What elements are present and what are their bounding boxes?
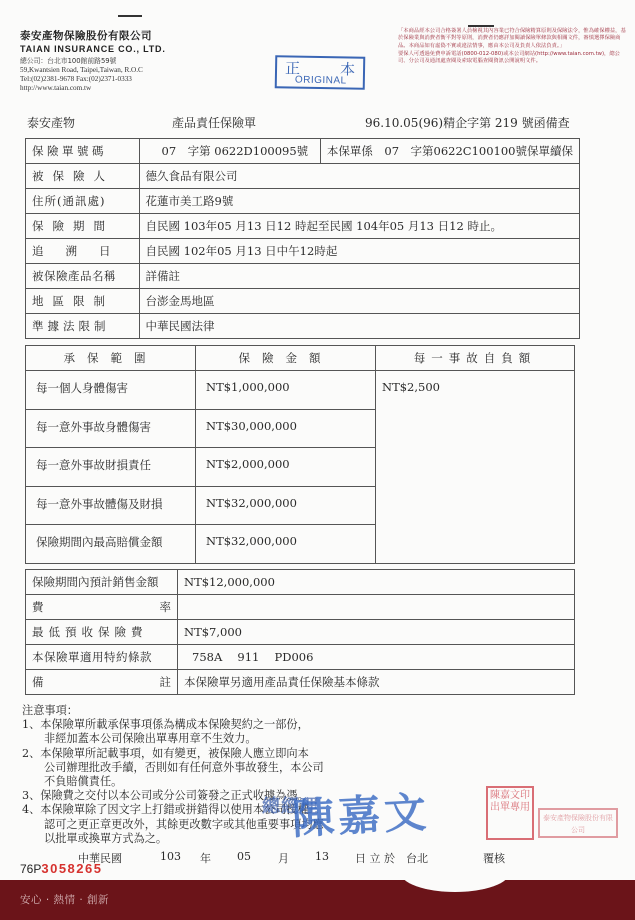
signature: 陳嘉文: [291, 779, 432, 846]
remarks-row: 備註 本保險單另適用產品責任保險基本條款: [26, 670, 575, 695]
company-address-zh: 總公司：台北市100館前路59號: [20, 57, 260, 66]
coverage-amount: NT$30,000,000: [196, 409, 376, 448]
remarks-label-b: 註: [160, 674, 172, 690]
notes-title: 注意事項：: [22, 704, 324, 718]
footer-band: 安心 · 熱情 · 創新: [0, 880, 635, 920]
review-label: 覆核: [483, 850, 505, 866]
coverage-scope: 每一意外事故財損責任: [26, 448, 196, 487]
address-value: 花蓮市美工路9號: [139, 189, 580, 214]
premium-row: 最低預收保險費 NT$7,000: [26, 620, 575, 645]
rate-label: 費率: [26, 595, 178, 620]
territory-value: 台澎金馬地區: [139, 289, 580, 314]
governing-law-row: 準據法限制 中華民國法律: [26, 314, 580, 339]
product-value: 詳備註: [139, 264, 580, 289]
remarks-label-a: 備: [32, 674, 44, 690]
issue-day: 13: [315, 850, 329, 863]
coverage-amount: NT$1,000,000: [196, 371, 376, 410]
header-reference: 96.10.05(96)精企字第 219 號函備查: [365, 114, 570, 131]
company-info: 泰安產物保險股份有限公司 TAIAN INSURANCE CO., LTD. 總…: [20, 28, 260, 93]
issue-month: 05: [237, 850, 251, 863]
issuance-seal: 陳嘉文印 出單專用: [486, 786, 534, 840]
coverage-amount: NT$32,000,000: [196, 525, 376, 564]
issue-month-unit: 月: [278, 850, 289, 866]
stamp-en: ORIGINAL: [295, 75, 347, 87]
remarks-value: 本保險單另適用產品責任保險基本條款: [178, 670, 575, 695]
note-line: 2、本保險單所記載事項，如有變更，被保險人應立即向本: [22, 747, 324, 761]
coverage-amount: NT$2,000,000: [196, 448, 376, 487]
coverage-scope: 每一意外事故體傷及財損: [26, 486, 196, 525]
note-line: 不負賠償責任。: [22, 775, 324, 789]
header-company-short: 泰安產物: [27, 114, 75, 131]
coverage-amount: NT$32,000,000: [196, 486, 376, 525]
territory-row: 地區限制 台澎金馬地區: [26, 289, 580, 314]
company-address-en: 59,Kwantsien Road, Taipei,Taiwan, R.O.C: [20, 66, 260, 75]
premium-value: NT$7,000: [178, 620, 575, 645]
governing-law-label: 準據法限制: [26, 314, 140, 339]
product-label: 被保險產品名稱: [26, 264, 140, 289]
premium-table: 保險期間內預計銷售金額 NT$12,000,000 費率 最低預收保險費 NT$…: [25, 569, 575, 695]
company-name-zh: 泰安產物保險股份有限公司: [20, 28, 260, 43]
retro-date-row: 追溯日 自民國 102年05 月13 日中午12時起: [26, 239, 580, 264]
serial-prefix: 76P: [20, 862, 41, 876]
coverage-row: 每一個人身體傷害 NT$1,000,000 NT$2,500: [26, 371, 575, 410]
company-website: http://www.taian.com.tw: [20, 84, 260, 93]
policy-number-value: 07 字第 0622D100095號: [139, 139, 320, 164]
rate-label-b: 率: [160, 599, 172, 615]
insured-value: 德久食品有限公司: [139, 164, 580, 189]
sales-label: 保險期間內預計銷售金額: [26, 570, 178, 595]
issue-place: 日 立 於 台北: [355, 850, 428, 866]
top-mark-right: [468, 25, 494, 27]
period-value: 自民國 103年05 月13 日12 時起至民國 104年05 月13 日12 …: [139, 214, 580, 239]
clauses-value: 758A 911 PD006: [178, 645, 575, 670]
rate-row: 費率: [26, 595, 575, 620]
retro-date-label: 追溯日: [26, 239, 140, 264]
policy-renewal-value: 本保單係 07 字第0622C100100號保單續保: [320, 139, 579, 164]
product-row: 被保險產品名稱 詳備註: [26, 264, 580, 289]
serial-digits: 3058265: [41, 861, 102, 876]
coverage-header-row: 承保範圍 保險金額 每一事故自負額: [26, 346, 575, 371]
issue-year: 103: [160, 850, 181, 863]
coverage-scope: 保險期間內最高賠償金額: [26, 525, 196, 564]
sales-value: NT$12,000,000: [178, 570, 575, 595]
company-name-en: TAIAN INSURANCE CO., LTD.: [20, 44, 260, 54]
period-row: 保險期間 自民國 103年05 月13 日12 時起至民國 104年05 月13…: [26, 214, 580, 239]
policy-info-table: 保險單號碼 07 字第 0622D100095號 本保單係 07 字第0622C…: [25, 138, 580, 339]
policy-number-row: 保險單號碼 07 字第 0622D100095號 本保單係 07 字第0622C…: [26, 139, 580, 164]
governing-law-value: 中華民國法律: [139, 314, 580, 339]
note-line: 以批單或換單方式為之。: [22, 832, 324, 846]
policy-number-label: 保險單號碼: [26, 139, 140, 164]
notes-section: 注意事項： 1、本保險單所載承保事項係為構成本保險契約之一部份， 非經加蓋本公司…: [22, 704, 324, 846]
note-line: 非經加蓋本公司保險出單專用章不生效力。: [22, 732, 324, 746]
coverage-header-scope: 承保範圍: [26, 346, 196, 371]
coverage-scope: 每一個人身體傷害: [26, 371, 196, 410]
rate-value: [178, 595, 575, 620]
coverage-header-deductible: 每一事故自負額: [376, 346, 575, 371]
rate-label-a: 費: [32, 599, 44, 615]
coverage-table: 承保範圍 保險金額 每一事故自負額 每一個人身體傷害 NT$1,000,000 …: [25, 345, 575, 564]
issue-year-unit: 年: [200, 850, 211, 866]
remarks-label: 備註: [26, 670, 178, 695]
insured-row: 被保險人 德久食品有限公司: [26, 164, 580, 189]
company-seal: 泰安產物保險股份有限公司: [538, 808, 618, 838]
insured-label: 被保險人: [26, 164, 140, 189]
serial-number: 76P3058265: [20, 861, 102, 876]
disclaimer: 「本商品經本公司合格簽署人員檢視其內容業已符合保險精算原則及保險法令，惟為確保權…: [398, 28, 630, 66]
disclaimer-para-1: 「本商品經本公司合格簽署人員檢視其內容業已符合保險精算原則及保險法令，惟為確保權…: [398, 28, 630, 50]
note-line: 認可之更正章更改外，其餘更改數字或其他重要事項均應: [22, 818, 324, 832]
top-mark-left: [118, 15, 142, 17]
address-label: 住所(通訊處): [26, 189, 140, 214]
clauses-label: 本保險單適用特約條款: [26, 645, 178, 670]
coverage-scope: 每一意外事故身體傷害: [26, 409, 196, 448]
territory-label: 地區限制: [26, 289, 140, 314]
retro-date-value: 自民國 102年05 月13 日中午12時起: [139, 239, 580, 264]
footer-slogan: 安心 · 熱情 · 創新: [20, 892, 109, 907]
premium-label: 最低預收保險費: [26, 620, 178, 645]
disclaimer-para-2: 要保人可透過免費申訴電話(0800-012-080)或本公司網站(http://…: [398, 51, 630, 66]
company-tel-fax: Tel:(02)2381-9678 Fax:(02)2371-0333: [20, 75, 260, 84]
document-header: 泰安產物 產品責任保險單 96.10.05(96)精企字第 219 號函備查: [25, 114, 580, 134]
sales-row: 保險期間內預計銷售金額 NT$12,000,000: [26, 570, 575, 595]
address-row: 住所(通訊處) 花蓮市美工路9號: [26, 189, 580, 214]
document-title: 產品責任保險單: [172, 114, 256, 131]
note-line: 公司辦理批改手續，否則如有任何意外事故發生，本公司: [22, 761, 324, 775]
note-line: 1、本保險單所載承保事項係為構成本保險契約之一部份，: [22, 718, 324, 732]
original-stamp: 正 本 ORIGINAL: [275, 55, 366, 90]
coverage-deductible: NT$2,500: [376, 371, 575, 564]
period-label: 保險期間: [26, 214, 140, 239]
coverage-header-amount: 保險金額: [196, 346, 376, 371]
clauses-row: 本保險單適用特約條款 758A 911 PD006: [26, 645, 575, 670]
footer-notch: [400, 872, 510, 892]
